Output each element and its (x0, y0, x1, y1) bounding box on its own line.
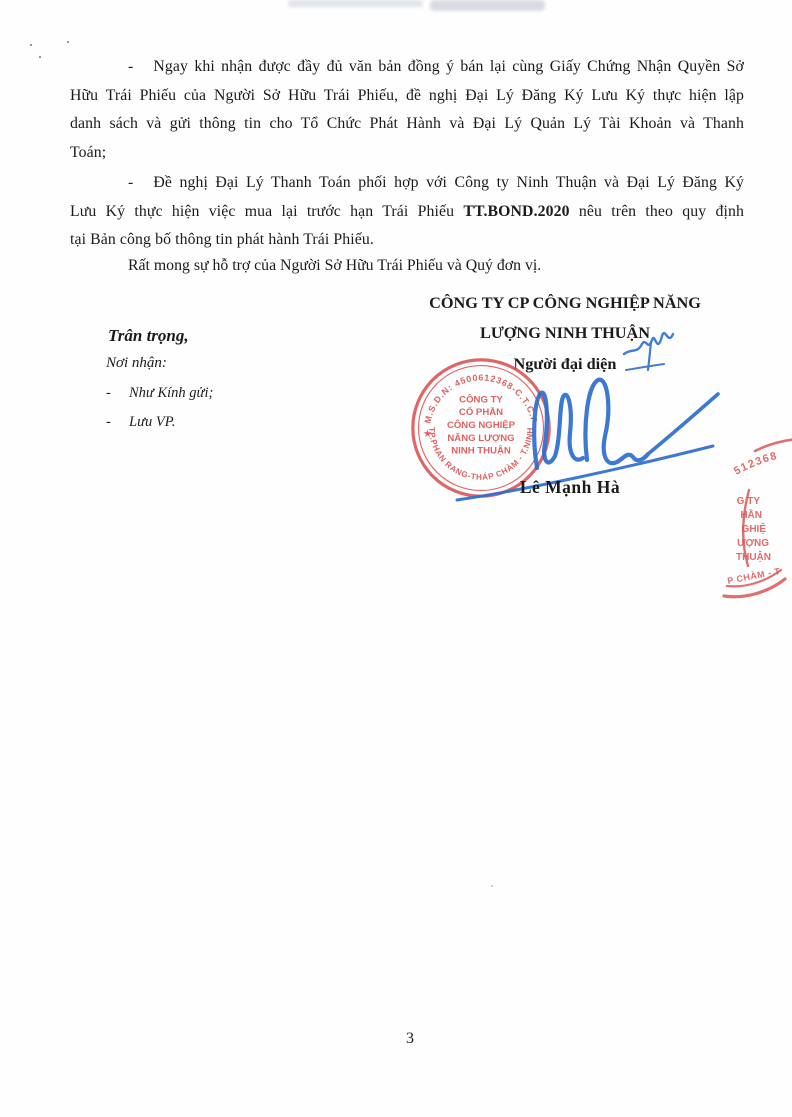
regards-line: Trân trọng, (108, 326, 189, 346)
paragraph-2: -Đề nghị Đại Lý Thanh Toán phối hợp với … (70, 169, 744, 255)
list-dash: - (128, 58, 133, 75)
paraph-underline (626, 364, 664, 370)
paraph-stroke (624, 333, 673, 354)
signature-stroke (648, 394, 718, 454)
stamp-star-icon: ★ (422, 429, 432, 439)
scan-smudge (288, 0, 423, 7)
closing-line: Rất mong sự hỗ trợ của Người Sở Hữu Trái… (70, 252, 744, 281)
recipient-text: Như Kính gửi; (129, 385, 213, 401)
paragraph-2-line: -Đề nghị Đại Lý Thanh Toán phối hợp với … (70, 169, 744, 198)
company-name-line1: CÔNG TY CP CÔNG NGHIỆP NĂNG (415, 288, 715, 318)
signer-name: Lê Mạnh Hà (470, 477, 670, 498)
scan-speck (39, 56, 41, 58)
list-dash: - (128, 174, 133, 191)
paragraph-2-line: Lưu Ký thực hiện việc mua lại trước hạn … (70, 198, 744, 227)
edge-stamp-fragment: G TY (737, 496, 761, 507)
signature-stroke (534, 393, 583, 468)
document-page: -Ngay khi nhận được đầy đủ văn bản đồng … (0, 0, 792, 1117)
paragraph-1-line: danh sách và gửi thông tin cho Tổ Chức P… (70, 110, 744, 139)
recipient-text: Lưu VP. (129, 414, 175, 430)
recipient-item: -Như Kính gửi; (106, 385, 213, 402)
paragraph-1-line: Hữu Trái Phiếu của Người Sở Hữu Trái Phi… (70, 82, 744, 111)
edge-stamp-fragment: HẦN (740, 508, 762, 521)
edge-stamp-arc (755, 439, 792, 451)
recipient-item: -Lưu VP. (106, 414, 175, 431)
edge-stamp-top-text: 512368 (732, 450, 779, 478)
list-dash: - (106, 414, 129, 431)
scan-speck (67, 41, 69, 43)
edge-stamp: 512368 G TY HẦN GHIỆ ƯỢNG THUẬN P CHÀM -… (715, 438, 792, 608)
paragraph-2-line: tại Bản công bố thông tin phát hành Trái… (70, 226, 744, 255)
edge-stamp-fragment: THUẬN (736, 550, 771, 563)
paragraph-1-line: Toán; (70, 139, 744, 168)
bond-code: TT.BOND.2020 (463, 203, 569, 220)
scan-speck (491, 885, 493, 887)
paragraph-text: Đề nghị Đại Lý Thanh Toán phối hợp với C… (153, 174, 744, 191)
signature-stroke (585, 380, 648, 464)
list-dash: - (106, 385, 129, 402)
paragraph-text: nêu trên theo quy định (570, 203, 744, 220)
paragraph-1: -Ngay khi nhận được đầy đủ văn bản đồng … (70, 53, 744, 167)
edge-stamp-fragment: GHIỆ (742, 522, 767, 535)
paraph-signature (612, 324, 704, 384)
paragraph-1-line: -Ngay khi nhận được đầy đủ văn bản đồng … (70, 53, 744, 82)
edge-stamp-fragment: ƯỢNG (737, 538, 769, 549)
paragraph-text: Ngay khi nhận được đầy đủ văn bản đồng ý… (153, 58, 744, 75)
scan-speck (30, 44, 32, 46)
paragraph-text: Lưu Ký thực hiện việc mua lại trước hạn … (70, 203, 463, 220)
scan-smudge (430, 0, 545, 11)
page-number: 3 (370, 1030, 450, 1048)
recipients-label: Nơi nhận: (106, 355, 167, 372)
